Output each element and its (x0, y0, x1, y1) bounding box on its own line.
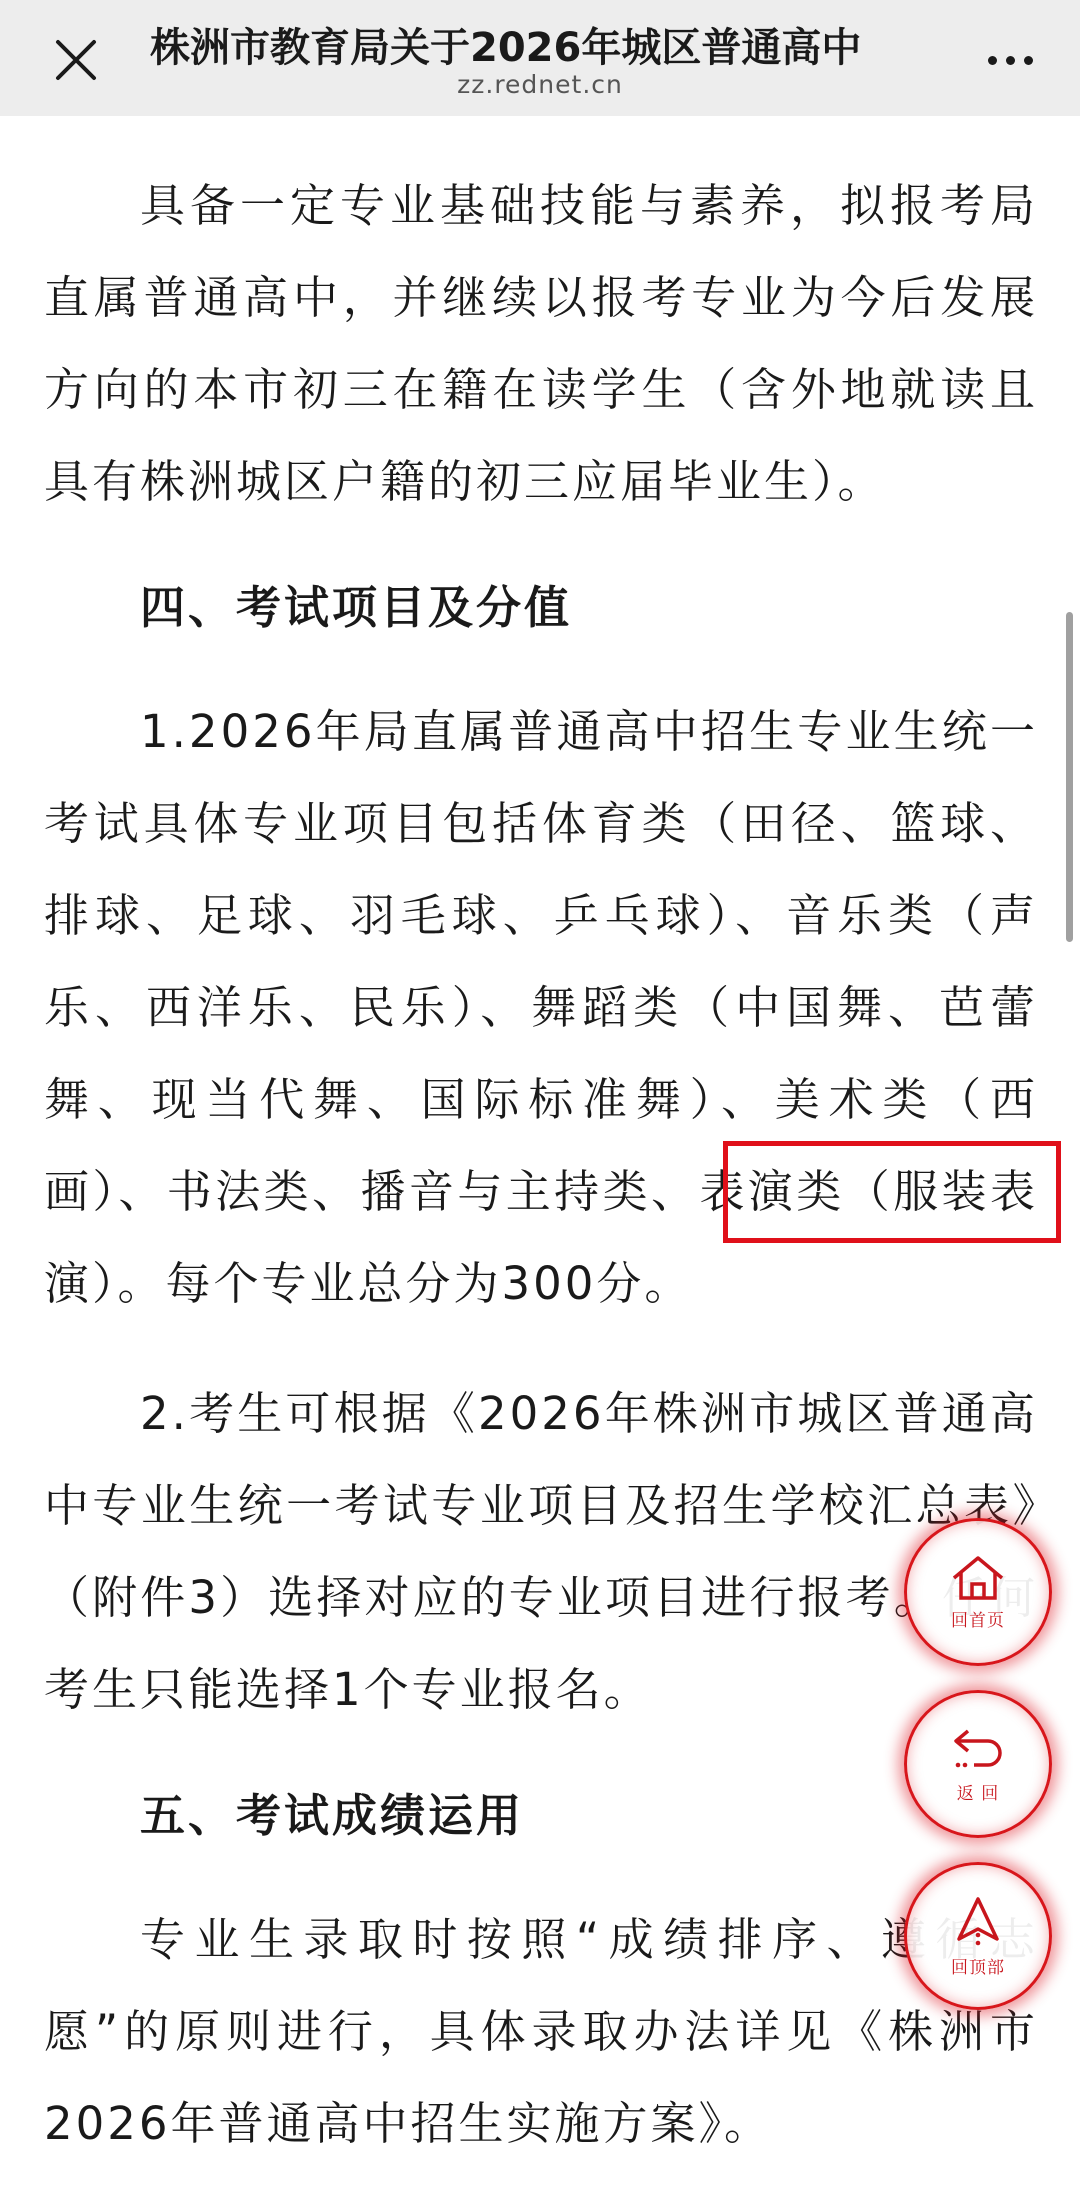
more-button[interactable] (975, 30, 1045, 90)
page-title: 株洲市教育局关于2026年城区普通高中 (150, 16, 930, 73)
section-heading-4: 四、考试项目及分值 (140, 562, 572, 654)
top-icon (953, 1895, 1003, 1949)
more-icon-dot (1024, 56, 1033, 65)
home-icon (950, 1554, 1006, 1602)
home-button[interactable]: 回首页 (904, 1518, 1052, 1666)
back-button-label: 返 回 (957, 1779, 999, 1804)
back-button[interactable]: 返 回 (904, 1690, 1052, 1838)
more-icon-dot (1006, 56, 1015, 65)
article-paragraph-4: 专业生录取时按照“成绩排序、遵循志愿”的原则进行，具体录取办法详见《株洲市202… (44, 1894, 1038, 2170)
section-heading-5: 五、考试成绩运用 (140, 1770, 524, 1862)
back-to-top-button[interactable]: 回顶部 (904, 1862, 1052, 2010)
article-paragraph-1: 具备一定专业基础技能与素养，拟报考局直属普通高中，并继续以报考专业为今后发展方向… (44, 160, 1038, 528)
more-icon (988, 56, 997, 65)
highlight-box-performance (723, 1141, 1061, 1243)
top-bar: 株洲市教育局关于2026年城区普通高中 zz.rednet.cn (0, 0, 1080, 116)
page-domain: zz.rednet.cn (0, 70, 1080, 99)
scrollbar[interactable] (1066, 612, 1073, 942)
home-button-label: 回首页 (951, 1606, 1005, 1631)
back-to-top-label: 回顶部 (951, 1953, 1005, 1978)
back-icon (948, 1725, 1008, 1775)
article-paragraph-3: 2.考生可根据《2026年株洲市城区普通高中专业生统一考试专业项目及招生学校汇总… (44, 1368, 1038, 1736)
